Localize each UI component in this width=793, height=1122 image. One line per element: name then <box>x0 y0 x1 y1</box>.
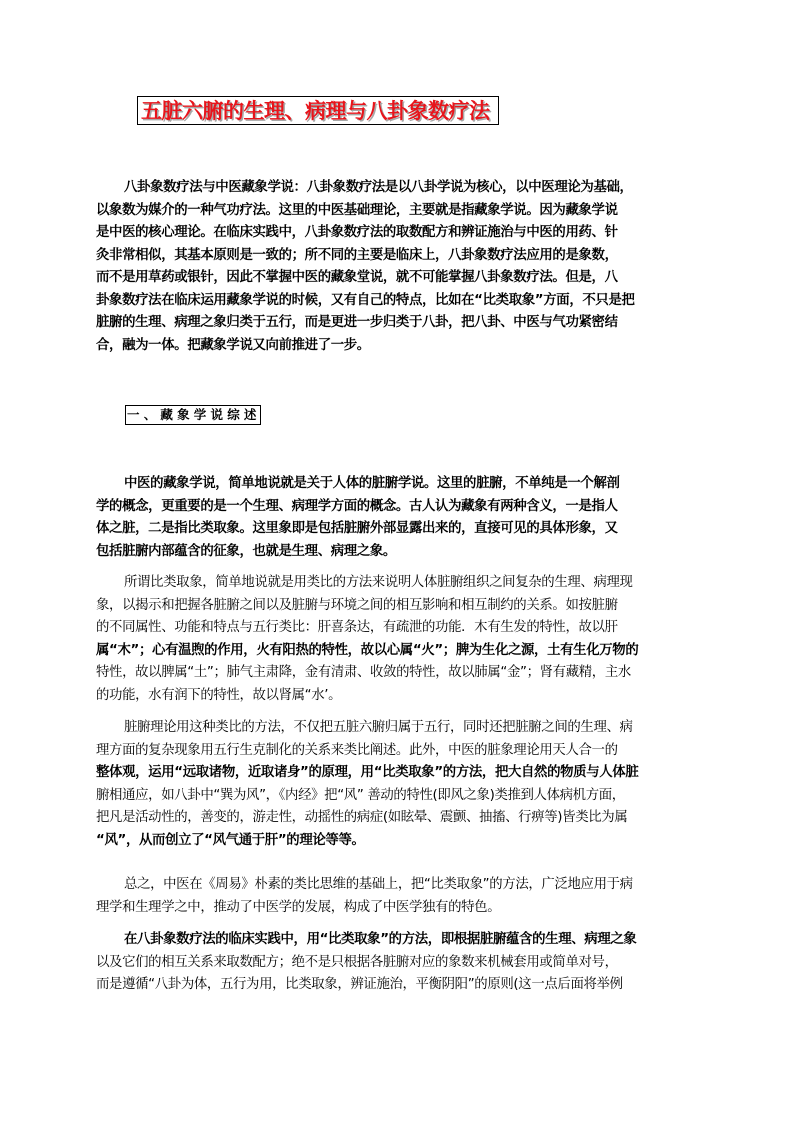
text-line: 理学和生理学之中，推动了中医学的发展，构成了中医学独有的特色。 <box>96 897 701 920</box>
paragraph-zangxiang-definition: 中医的藏象学说，简单地说就是关于人体的脏腑学说。这里的脏腑，不单纯是一个解剖 学… <box>96 473 701 563</box>
text-line: 特性，故以脾属“土”；肺气主肃降，金有清肃、收敛的特性，故以肺属“金”；肾有藏精… <box>96 662 701 685</box>
text-line: 八卦象数疗法与中医藏象学说：八卦象数疗法是以八卦学说为核心，以中医理论为基础， <box>96 177 701 200</box>
text-line: 脏腑理论用这种类比的方法，不仅把五脏六腑归属于五行，同时还把脏腑之间的生理、病 <box>96 717 701 740</box>
text-line: 的功能，水有润下的特性，故以肾属“水’。 <box>96 685 701 708</box>
paragraph-summary: 总之，中医在《周易》朴素的类比思维的基础上，把“比类取象”的方法，广泛地应用于病… <box>96 874 701 919</box>
paragraph-organ-theory: 脏腑理论用这种类比的方法，不仅把五脏六腑归属于五行，同时还把脏腑之间的生理、病 … <box>96 717 701 852</box>
text-line: “风”，从而创立了“风气通于肝”的理论等等。 <box>96 830 701 853</box>
paragraph-clinical-practice: 在八卦象数疗法的临床实践中，用“比类取象”的方法，即根据脏腑蕴含的生理、病理之象… <box>96 929 701 997</box>
text-line: 灸非常相似，其基本原则是一致的；所不同的主要是临床上，八卦象数疗法应用的是象数， <box>96 245 701 268</box>
paragraph-intro: 八卦象数疗法与中医藏象学说：八卦象数疗法是以八卦学说为核心，以中医理论为基础， … <box>96 177 701 357</box>
text-line: 属“木”；心有温煦的作用，火有阳热的特性，故以心属“火”；脾为生化之源，土有生化… <box>96 640 701 663</box>
section-heading: 一、藏象学说综述 <box>127 406 261 424</box>
text-line: 以象数为媒介的一种气功疗法。这里的中医基础理论，主要就是指藏象学说。因为藏象学说 <box>96 200 701 223</box>
text-line: 而不是用草药或银针，因此不掌握中医的藏象堂说，就不可能掌握八卦象数疗法。但是，八 <box>96 267 701 290</box>
text-line: 脏腑的生理、病理之象归类于五行，而是更进一步归类于八卦，把八卦、中医与气功紧密结 <box>96 312 701 335</box>
text-line: 中医的藏象学说，简单地说就是关于人体的脏腑学说。这里的脏腑，不单纯是一个解剖 <box>96 473 701 496</box>
text-line: 以及它们的相互关系来取数配方；绝不是只根据各脏腑对应的象数来机械套用或简单对号， <box>96 952 701 975</box>
text-line: 学的概念，更重要的是一个生理、病理学方面的概念。古人认为藏象有两种含义，一是指人 <box>96 496 701 519</box>
text-line: 包括脏腑内部蕴含的征象，也就是生理、病理之象。 <box>96 541 701 564</box>
text-line: 理方面的复杂现象用五行生克制化的关系来类比阐述。此外，中医的脏象理论用天人合一的 <box>96 740 701 763</box>
text-line: 而是遵循“八卦为体，五行为用，比类取象，辨证施治，平衡阴阳”的原则(这一点后面将… <box>96 974 701 997</box>
text-line: 把凡是活动性的，善变的，游走性，动摇性的病症(如眩晕、震颤、抽搐、行痹等)皆类比… <box>96 807 701 830</box>
text-line: 总之，中医在《周易》朴素的类比思维的基础上，把“比类取象”的方法，广泛地应用于病 <box>96 874 701 897</box>
document-title: 五脏六腑的生理、病理与八卦象数疗法 <box>141 98 490 124</box>
text-line: 象，以揭示和把握各脏腑之间以及脏腑与环境之间的相互影响和相互制约的关系。如按脏腑 <box>96 595 701 618</box>
text-line: 体之脏，二是指比类取象。这里象即是包括脏腑外部显露出来的，直接可见的具体形象，又 <box>96 518 701 541</box>
text-line: 腑相通应，如八卦中“巽为风”，《内经》把“风” 善动的特性(即风之象)类推到人体… <box>96 785 701 808</box>
text-line: 的不同属性、功能和特点与五行类比：肝喜条达，有疏泄的功能．木有生发的特性，故以肝 <box>96 617 701 640</box>
text-line: 在八卦象数疗法的临床实践中，用“比类取象”的方法，即根据脏腑蕴含的生理、病理之象 <box>96 929 701 952</box>
text-line: 卦象数疗法在临床运用藏象学说的时候，又有自己的特点，比如在“比类取象”方面，不只… <box>96 290 701 313</box>
document-page: 五脏六腑的生理、病理与八卦象数疗法 八卦象数疗法与中医藏象学说：八卦象数疗法是以… <box>0 0 793 1122</box>
text-line: 合，融为一体。把藏象学说又向前推进了一步。 <box>96 335 701 358</box>
document-title-box: 五脏六腑的生理、病理与八卦象数疗法 <box>137 96 499 125</box>
text-line: 是中医的核心理论。在临床实践中，八卦象数疗法的取数配方和辨证施治与中医的用药、针 <box>96 222 701 245</box>
text-line: 所谓比类取象，简单地说就是用类比的方法来说明人体脏腑组织之间复杂的生理、病理现 <box>96 572 701 595</box>
section-heading-box: 一、藏象学说综述 <box>125 405 261 425</box>
paragraph-analogy: 所谓比类取象，简单地说就是用类比的方法来说明人体脏腑组织之间复杂的生理、病理现 … <box>96 572 701 707</box>
text-line: 整体观，运用“远取诸物，近取诸身”的原理，用“比类取象”的方法，把大自然的物质与… <box>96 762 701 785</box>
